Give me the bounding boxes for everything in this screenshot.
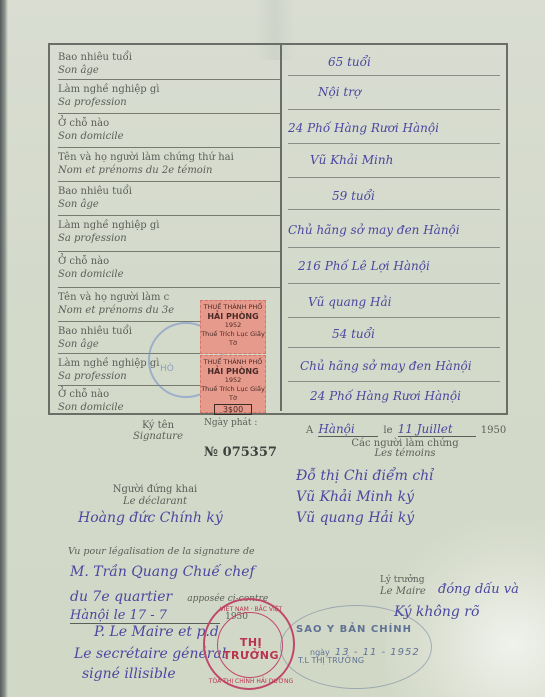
witness-signature: Đỗ thị Chi điểm chỉ — [296, 466, 434, 487]
legalization-place-date: Hànội le 17 - 7 — [70, 608, 220, 624]
form-row-label: Làm nghề nghiệp gì Sa profession — [58, 83, 280, 114]
place-prefix: A — [306, 425, 313, 436]
handwritten-value: 54 tuổi — [332, 327, 375, 341]
copy-stamp-footer: T.L THỊ TRƯỞNG — [298, 656, 364, 665]
declarant-signature: Hoàng đức Chính ký — [78, 510, 223, 526]
label-fr: Son domicile — [58, 268, 280, 281]
handwritten-value: 24 Phố Hàng Rươi Hànội — [288, 121, 439, 135]
mayor-label-vn: Lý trưởng — [380, 574, 426, 586]
red-official-seal: VIỆT NAM · BẮC VIỆT THỊ TRƯỞNG TÒA THỊ C… — [203, 598, 295, 690]
form-row-value: Vũ Khải Minh — [288, 147, 500, 178]
declarant-label: Người đứng khai Le déclarant — [100, 484, 210, 508]
label-vn: Tên và họ người làm chứng thứ hai — [58, 151, 280, 164]
place-value: Hànội — [318, 422, 378, 437]
signature-label: Ký tên Signature — [128, 420, 188, 442]
red-seal-ring-top: VIỆT NAM · BẮC VIỆT — [205, 606, 297, 613]
witnesses-label-fr: Les témoins — [320, 448, 490, 459]
tax-stamp-year: 1952 — [201, 376, 265, 385]
witnesses-label: Các người làm chứng Les témoins — [320, 438, 490, 459]
label-vn: Bao nhiêu tuổi — [58, 51, 280, 64]
form-row-label: Ở chỗ nào Son domicile — [58, 117, 280, 148]
form-row-value: 216 Phố Lê Lợi Hànội — [288, 251, 500, 284]
label-fr: Nom et prénoms du 3e — [58, 304, 208, 317]
form-row-label: Làm nghề nghiệp gì Sa profession — [58, 219, 280, 252]
date-value: 11 Juillet — [398, 422, 476, 437]
declarant-label-fr: Le déclarant — [100, 496, 210, 508]
handwritten-value: Vũ quang Hải — [308, 295, 391, 309]
form-row-value: Chủ hãng sở may đen Hànội — [288, 351, 500, 382]
form-row-value: Vũ quang Hải — [288, 287, 500, 318]
witness-signature: Vũ Khải Minh ký — [296, 487, 434, 508]
date-year: 1950 — [481, 425, 506, 436]
place-date-line: A Hànội le 11 Juillet 1950 — [306, 418, 526, 437]
form-row-label: Tên và họ người làm c Nom et prénoms du … — [58, 291, 208, 322]
tax-stamp: THUẾ THÀNH PHỐ HẢI PHÒNG 1952 Thuế Trích… — [200, 355, 266, 413]
label-fr: Nom et prénoms du 2e témoin — [58, 164, 280, 177]
form-row-label: Tên và họ người làm chứng thứ hai Nom et… — [58, 151, 280, 182]
signature-label-vn: Ký tên — [128, 420, 188, 431]
form-row-value: 24 Phố Hàng Rươi Hànội — [288, 385, 500, 409]
label-vn: Ở chỗ nào — [58, 117, 280, 130]
tax-stamp-subtitle: Thuế Trích Lục Giấy Tờ — [201, 385, 265, 403]
tax-stamp-city: HẢI PHÒNG — [201, 367, 265, 376]
form-row-label: Bao nhiêu tuổi Son âge — [58, 185, 280, 216]
form-row-value: 59 tuổi — [288, 181, 500, 210]
label-fr: Son domicile — [58, 401, 208, 414]
witness-form-table: Bao nhiêu tuổi Son âge Làm nghề nghiệp g… — [48, 43, 508, 411]
legalization-heading: Vu pour légalisation de la signature de — [68, 546, 255, 557]
form-row-label: Bao nhiêu tuổi Son âge — [58, 51, 280, 80]
date-prefix: le — [383, 425, 392, 436]
label-vn: Bao nhiêu tuổi — [58, 185, 280, 198]
handwritten-value: Vũ Khải Minh — [310, 153, 393, 167]
legalization-mayor: P. Le Maire et p.d — [94, 624, 219, 640]
form-row-value: Chủ hãng sở may đen Hànội — [288, 213, 500, 248]
serial-number: № 075357 — [204, 445, 277, 460]
form-row-value: 54 tuổi — [288, 321, 500, 348]
issue-date-label: Ngày phát : — [204, 418, 257, 428]
handwritten-value: 59 tuổi — [332, 189, 375, 203]
tax-stamp: THUẾ THÀNH PHỐ HẢI PHÒNG 1952 Thuế Trích… — [200, 300, 266, 354]
form-row-value: 24 Phố Hàng Rươi Hànội — [288, 113, 500, 144]
label-fr: Son domicile — [58, 130, 280, 143]
witness-signature: Vũ quang Hải ký — [296, 508, 434, 529]
label-vn: Làm nghề nghiệp gì — [58, 83, 280, 96]
handwritten-value: 216 Phố Lê Lợi Hànội — [298, 259, 430, 273]
legalization-quarter: du 7e quartier — [70, 589, 172, 605]
tax-stamp-city: HẢI PHÒNG — [201, 312, 265, 321]
tax-stamp-year: 1952 — [201, 321, 265, 330]
witness-signatures: Đỗ thị Chi điểm chỉ Vũ Khải Minh ký Vũ q… — [296, 466, 434, 529]
tax-stamp-value: 3$00 — [214, 404, 252, 415]
form-values-column: 65 tuổi Nội trợ 24 Phố Hàng Rươi Hànội V… — [282, 43, 508, 415]
form-row-value: Nội trợ — [288, 79, 500, 110]
legalization-name: M. Trần Quang Chuế chef — [70, 564, 255, 580]
mayor-label: Lý trưởng Le Maire — [380, 574, 426, 598]
tax-stamp-title: THUẾ THÀNH PHỐ — [201, 358, 265, 367]
mayor-note-line1: đóng dấu và — [438, 582, 519, 597]
copy-stamp-title: SAO Y BẢN CHÍNH — [296, 624, 412, 635]
label-vn: Làm nghề nghiệp gì — [58, 219, 280, 232]
label-fr: Sa profession — [58, 96, 280, 109]
tax-stamp-title: THUẾ THÀNH PHỐ — [201, 303, 265, 312]
blue-seal-text: HÒ — [160, 364, 174, 374]
tax-stamp-subtitle: Thuế Trích Lục Giấy Tờ — [201, 330, 265, 348]
handwritten-value: 24 Phố Hàng Rươi Hànội — [310, 389, 461, 403]
legalization-signed: signé illisible — [82, 666, 176, 682]
mayor-label-fr: Le Maire — [380, 586, 426, 598]
label-vn: Ở chỗ nào — [58, 255, 280, 268]
photo-left-edge — [0, 0, 8, 697]
declarant-label-vn: Người đứng khai — [100, 484, 210, 496]
red-seal-center-text: THỊ TRƯỞNG — [215, 636, 287, 662]
handwritten-value: 65 tuổi — [328, 55, 371, 69]
signature-label-fr: Signature — [128, 431, 188, 442]
handwritten-value: Chủ hãng sở may đen Hànội — [288, 223, 460, 237]
handwritten-value: Nội trợ — [318, 85, 361, 99]
form-row-value: 65 tuổi — [288, 51, 500, 76]
form-row-label: Ở chỗ nào Son domicile — [58, 255, 280, 288]
label-fr: Sa profession — [58, 232, 280, 245]
label-fr: Son âge — [58, 64, 280, 77]
label-vn: Tên và họ người làm c — [58, 291, 208, 304]
label-fr: Son âge — [58, 198, 280, 211]
handwritten-value: Chủ hãng sở may đen Hànội — [300, 359, 472, 373]
red-seal-ring-bottom: TÒA THỊ CHÍNH HẢI DƯƠNG — [205, 678, 297, 685]
